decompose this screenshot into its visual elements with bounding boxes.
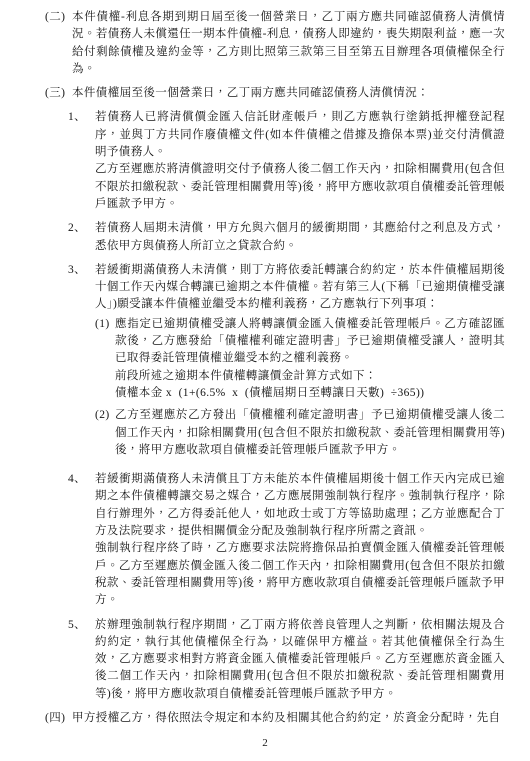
item-4-paragraph: 強制執行程序終了時，乙方應要求法院將擔保品拍賣價金匯入債權委託管理帳戶。乙方至遲… (95, 540, 505, 609)
item-1-paragraph: 若債務人已將清償價金匯入信託財產帳戶，則乙方應執行塗銷抵押權登記程序，並與丁方共… (95, 109, 505, 161)
subitem-1-label: (1) (95, 316, 115, 333)
item-2-paragraph: 若債務人屆期未清償，甲方允與六個月的緩衝期間，其應給付之利息及方式，悉依甲方與債… (95, 220, 505, 255)
clause-3: (三) 本件債權屆至後一個營業日，乙丁兩方應共同確認債務人清償情況： 1、 若債… (45, 85, 505, 703)
subitem-1-paragraph: 應指定已逾期債權受讓人將轉讓價金匯入債權委託管理帳戶。乙方確認匯款後，乙方應發給… (115, 316, 505, 368)
item-2-label: 2、 (68, 220, 95, 237)
item-5-label: 5、 (68, 617, 95, 634)
item-3: 3、 若緩衝期滿債務人未清償，則丁方將依委託轉讓合約約定，於本件債權屆期後十個工… (68, 262, 505, 464)
clause-3-intro-row: (三) 本件債權屆至後一個營業日，乙丁兩方應共同確認債務人清償情況： (45, 85, 505, 102)
page-number: 2 (0, 735, 530, 752)
clause-3-items: 1、 若債務人已將清償價金匯入信託財產帳戶，則乙方應執行塗銷抵押權登記程序，並與… (68, 109, 505, 703)
item-3-label: 3、 (68, 262, 95, 279)
clause-3-label: (三) (45, 85, 72, 102)
clause-4: (四) 甲方授權乙方，得依照法令規定和本約及相關其他合約約定，於資金分配時，先自 (45, 710, 505, 727)
item-4: 4、 若緩衝期滿債務人未清償且丁方未能於本件債權屆期後十個工作天內完成已逾期之本… (68, 471, 505, 609)
contract-page: (二) 本件債權-利息各期到期日屆至後一個營業日，乙丁兩方應共同確認債務人清償情… (0, 0, 530, 761)
item-5-paragraph: 於辦理強制執行程序期間，乙丁兩方將依善良管理人之判斷，依相關法規及合約約定，執行… (95, 617, 505, 703)
subitem-2-label: (2) (95, 407, 115, 424)
clause-4-label: (四) (45, 710, 72, 727)
clause-2-label: (二) (45, 9, 72, 26)
subitem-1: (1) 應指定已逾期債權受讓人將轉讓價金匯入債權委託管理帳戶。乙方確認匯款後，乙… (95, 316, 505, 402)
subitem-2: (2) 乙方至遲應於乙方發出「債權權利確定證明書」予已逾期債權受讓人後二個工作天… (95, 407, 505, 459)
item-2: 2、 若債務人屆期未清償，甲方允與六個月的緩衝期間，其應給付之利息及方式，悉依甲… (68, 220, 505, 255)
item-1-paragraph: 乙方至遲應於將清償證明交付予債務人後二個工作天內，扣除相關費用(包含但不限於扣繳… (95, 161, 505, 213)
item-3-subitems: (1) 應指定已逾期債權受讓人將轉讓價金匯入債權委託管理帳戶。乙方確認匯款後，乙… (95, 316, 505, 459)
transfer-price-formula: 債權本金 x (1+(6.5% x (債權屆期日至轉讓日天數) ÷365)) (115, 385, 505, 402)
item-1: 1、 若債務人已將清償價金匯入信託財產帳戶，則乙方應執行塗銷抵押權登記程序，並與… (68, 109, 505, 213)
item-4-paragraph: 若緩衝期滿債務人未清償且丁方未能於本件債權屆期後十個工作天內完成已逾期之本件債權… (95, 471, 505, 540)
clause-2-body: 本件債權-利息各期到期日屆至後一個營業日，乙丁兩方應共同確認債務人清償情況。若債… (72, 9, 505, 78)
item-4-label: 4、 (68, 471, 95, 488)
subitem-2-paragraph: 乙方至遲應於乙方發出「債權權利確定證明書」予已逾期債權受讓人後二個工作天內，扣除… (115, 407, 505, 459)
subitem-1-paragraph: 前段所述之逾期本件債權轉讓價金計算方式如下： (115, 368, 505, 385)
clause-3-intro: 本件債權屆至後一個營業日，乙丁兩方應共同確認債務人清償情況： (72, 85, 505, 102)
item-1-label: 1、 (68, 109, 95, 126)
clause-2-paragraph: 本件債權-利息各期到期日屆至後一個營業日，乙丁兩方應共同確認債務人清償情況。若債… (72, 9, 505, 78)
item-3-paragraph: 若緩衝期滿債務人未清償，則丁方將依委託轉讓合約約定，於本件債權屆期後十個工作天內… (95, 262, 505, 314)
item-5: 5、 於辦理強制執行程序期間，乙丁兩方將依善良管理人之判斷，依相關法規及合約約定… (68, 617, 505, 703)
clause-4-paragraph: 甲方授權乙方，得依照法令規定和本約及相關其他合約約定，於資金分配時，先自 (72, 710, 505, 727)
clause-2: (二) 本件債權-利息各期到期日屆至後一個營業日，乙丁兩方應共同確認債務人清償情… (45, 9, 505, 78)
